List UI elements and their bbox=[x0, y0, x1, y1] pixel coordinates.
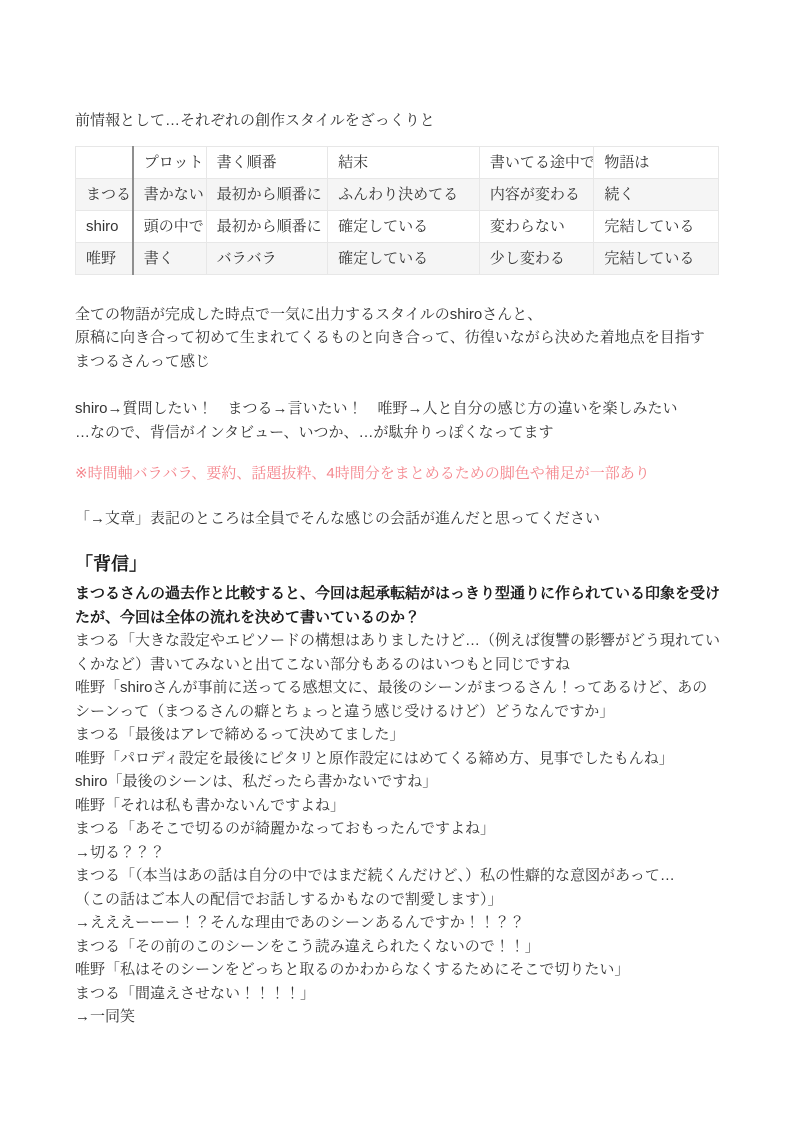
dialogue-line: シーンって（まつるさんの癖とちょっと違う感じ受けるけど）どうなんですか」 bbox=[75, 700, 725, 724]
document-page: 前情報として…それぞれの創作スタイルをざっくりと プロット 書く順番 結末 書い… bbox=[0, 0, 800, 1131]
bold-question-paragraph: まつるさんの過去作と比較すると、今回は起承転結がはっきり型通りに作られている印象… bbox=[75, 582, 725, 629]
table-header-cell: 書いてる途中で bbox=[479, 146, 594, 178]
dialogue-line: まつる「大きな設定やエピソードの構想はありましたけど…（例えば復讐の影響がどう現… bbox=[75, 629, 725, 653]
dialogue-line: （この話はご本人の配信でお話しするかもなので割愛します）」 bbox=[75, 888, 725, 912]
table-cell: 変わらない bbox=[479, 210, 594, 242]
table-cell: 続く bbox=[594, 178, 719, 210]
dialogue-line: まつる「あそこで切るのが綺麗かなっておもったんですよね」 bbox=[75, 817, 725, 841]
section-title: 「背信」 bbox=[75, 551, 725, 577]
summary-paragraph: 全ての物語が完成した時点で一気に出力するスタイルのshiroさんと、 原稿に向き… bbox=[75, 303, 725, 374]
table-cell: 確定している bbox=[328, 242, 480, 274]
stance-paragraph: shiro→質問したい！ まつる→言いたい！ 唯野→人と自分の感じ方の違いを楽し… bbox=[75, 397, 725, 444]
dialogue-line: まつる「（本当はあの話は自分の中ではまだ続くんだけど、）私の性癖的な意図があって… bbox=[75, 864, 725, 888]
table-header-cell: 物語は bbox=[594, 146, 719, 178]
table-row-tadano: 唯野 書く バラバラ 確定している 少し変わる 完結している bbox=[76, 242, 719, 274]
table-header-cell: プロット bbox=[133, 146, 206, 178]
table-cell: 最初から順番に bbox=[206, 178, 328, 210]
summary-line: 原稿に向き合って初めて生まれてくるものと向き合って、彷徨いながら決めた着地点を目… bbox=[75, 326, 725, 350]
question-line: まつるさんの過去作と比較すると、今回は起承転結がはっきり型通りに作られている印象… bbox=[75, 582, 725, 606]
table-cell: 最初から順番に bbox=[206, 210, 328, 242]
table-cell: まつる bbox=[76, 178, 133, 210]
dialogue-line: まつる「最後はアレで締めるって決めてました」 bbox=[75, 723, 725, 747]
creation-style-table: プロット 書く順番 結末 書いてる途中で 物語は まつる 書かない 最初から順番… bbox=[75, 146, 719, 275]
dialogue-line: くかなど）書いてみないと出てこない部分もあるのはいつもと同じですね bbox=[75, 653, 725, 677]
table-header-cell: 結末 bbox=[328, 146, 480, 178]
table-header-cell bbox=[76, 146, 133, 178]
table-cell: バラバラ bbox=[206, 242, 328, 274]
dialogue-line: 唯野「私はそのシーンをどっちと取るのかわからなくするためにそこで切りたい」 bbox=[75, 958, 725, 982]
table-cell: 確定している bbox=[328, 210, 480, 242]
table-cell: 少し変わる bbox=[479, 242, 594, 274]
summary-line: まつるさんって感じ bbox=[75, 350, 725, 374]
dialogue-line: 唯野「パロディ設定を最後にピタリと原作設定にはめてくる締め方、見事でしたもんね」 bbox=[75, 747, 725, 771]
dialogue-line: 唯野「shiroさんが事前に送ってる感想文に、最後のシーンがまつるさん！ってある… bbox=[75, 676, 725, 700]
dialogue-line: まつる「その前のこのシーンをこう読み違えられたくないので！！」 bbox=[75, 935, 725, 959]
stance-line: …なので、背信がインタビュー、いつか、…が駄弁りっぽくなってます bbox=[75, 421, 725, 445]
red-disclaimer-note: ※時間軸バラバラ、要約、話題抜粋、4時間分をまとめるための脚色や補足が一部あり bbox=[75, 462, 725, 486]
table-cell: 完結している bbox=[594, 210, 719, 242]
table-cell: 完結している bbox=[594, 242, 719, 274]
arrow-notation-note: 「→文章」表記のところは全員でそんな感じの会話が進んだと思ってください bbox=[75, 507, 725, 531]
dialogue-line: →一同笑 bbox=[75, 1005, 725, 1029]
table-cell: 書かない bbox=[133, 178, 206, 210]
table-header-cell: 書く順番 bbox=[206, 146, 328, 178]
table-row-shiro: shiro 頭の中で 最初から順番に 確定している 変わらない 完結している bbox=[76, 210, 719, 242]
dialogue-block: まつる「大きな設定やエピソードの構想はありましたけど…（例えば復讐の影響がどう現… bbox=[75, 629, 725, 1029]
dialogue-line: →えええーーー！？そんな理由であのシーンあるんですか！！？？ bbox=[75, 911, 725, 935]
table-cell: ふんわり決めてる bbox=[328, 178, 480, 210]
stance-line: shiro→質問したい！ まつる→言いたい！ 唯野→人と自分の感じ方の違いを楽し… bbox=[75, 397, 725, 421]
table-cell: 内容が変わる bbox=[479, 178, 594, 210]
table-cell: 頭の中で bbox=[133, 210, 206, 242]
document-content: 前情報として…それぞれの創作スタイルをざっくりと プロット 書く順番 結末 書い… bbox=[0, 0, 800, 1029]
table-cell: 唯野 bbox=[76, 242, 133, 274]
table-cell: 書く bbox=[133, 242, 206, 274]
intro-line: 前情報として…それぞれの創作スタイルをざっくりと bbox=[75, 109, 725, 133]
table-header-row: プロット 書く順番 結末 書いてる途中で 物語は bbox=[76, 146, 719, 178]
table-cell: shiro bbox=[76, 210, 133, 242]
question-line: たが、今回は全体の流れを決めて書いているのか？ bbox=[75, 606, 725, 630]
dialogue-line: 唯野「それは私も書かないんですよね」 bbox=[75, 794, 725, 818]
dialogue-line: まつる「間違えさせない！！！！」 bbox=[75, 982, 725, 1006]
table-row-matsuru: まつる 書かない 最初から順番に ふんわり決めてる 内容が変わる 続く bbox=[76, 178, 719, 210]
dialogue-line: →切る？？？ bbox=[75, 841, 725, 865]
dialogue-line: shiro「最後のシーンは、私だったら書かないですね」 bbox=[75, 770, 725, 794]
summary-line: 全ての物語が完成した時点で一気に出力するスタイルのshiroさんと、 bbox=[75, 303, 725, 327]
